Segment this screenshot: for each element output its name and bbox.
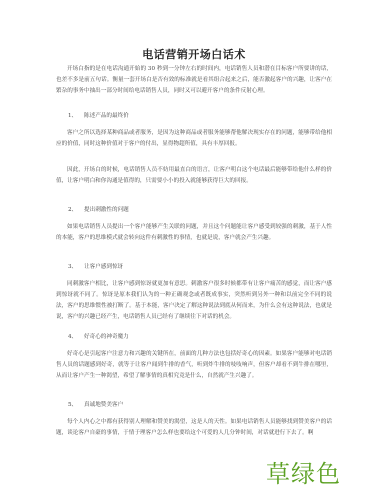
section-heading-5: 5、真诚地赞美客户 xyxy=(68,400,123,411)
section-3-paragraph-1: 同刺激客户相比，让客户感到惊讶就更加有意思。刺激客户很多时候都带有让客户痛苦的感… xyxy=(56,279,332,323)
section-title: 提出刺激性的问题 xyxy=(84,207,129,213)
section-title: 真诚地赞美客户 xyxy=(84,402,123,408)
section-heading-4: 4、好奇心的神奇魔力 xyxy=(68,332,129,343)
section-number: 2、 xyxy=(68,205,84,216)
section-2-paragraph-1: 如果电话销售人员提出一个客户能够产生关联的问题，并且这个问题能让客户感受到较强的… xyxy=(56,222,332,244)
section-number: 5、 xyxy=(68,400,84,411)
section-heading-1: 1、陈述产品的最终价 xyxy=(68,111,129,122)
section-1-paragraph-2: 因此，开场白的时候，电话销售人员不妨用最直白的语言，让客户明白这个电话最后能够带… xyxy=(56,165,332,187)
section-number: 3、 xyxy=(68,262,84,273)
section-title: 陈述产品的最终价 xyxy=(84,113,129,119)
section-number: 1、 xyxy=(68,111,84,122)
section-4-paragraph-1: 好奇心是引起客户注意力和兴趣的关键所在，前面的几种方法也包括好奇心的因素。如果客… xyxy=(56,349,332,382)
section-number: 4、 xyxy=(68,332,84,343)
document-title: 电话营销开场白话术 xyxy=(56,46,332,62)
intro-paragraph: 开场白指的是在电话沟通开始的 30 秒到一分钟左右的时间内，电话销售人员和潜在目… xyxy=(56,64,332,97)
section-5-paragraph-1: 每个人内心之中都有获得别人理解和赞美的渴望，这是人的天性。如果电话销售人员能够找… xyxy=(56,417,332,439)
section-title: 好奇心的神奇魔力 xyxy=(84,334,129,340)
section-heading-2: 2、提出刺激性的问题 xyxy=(68,205,129,216)
section-title: 让客户感到惊讶 xyxy=(84,264,123,270)
watermark-text: 草绿色 xyxy=(266,454,341,489)
section-1-paragraph-1: 客户之所以选择某种商品或者服务，是因为这种商品或者服务能够帮他解决现实存在的问题… xyxy=(56,128,332,150)
section-heading-3: 3、让客户感到惊讶 xyxy=(68,262,123,273)
